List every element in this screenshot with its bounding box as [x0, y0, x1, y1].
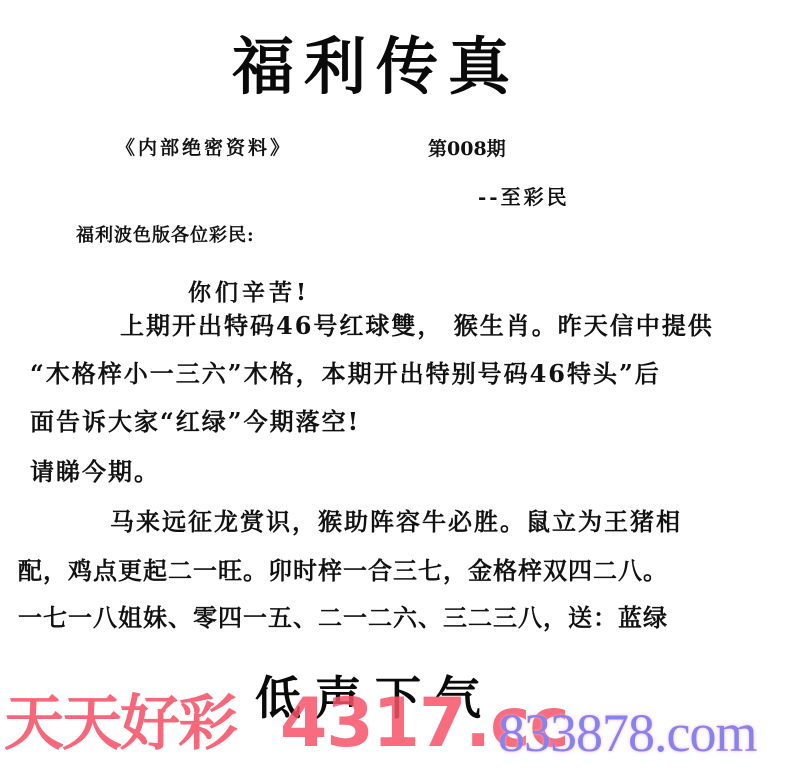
- body-line: “木格梓小一三六”木格，本期开出特别号码46特头”后: [30, 362, 661, 386]
- body-line: 马来远征龙赏识，猴助阵容牛必胜。鼠立为王猪相: [110, 510, 682, 534]
- body-line: 面告诉大家“红绿”今期落空!: [30, 410, 360, 434]
- issue-number: 第008期: [428, 134, 506, 161]
- watermark-secondary-domain: 833878.com: [498, 706, 756, 760]
- document-title: 福利传真: [232, 36, 520, 98]
- body-line: 请睇今期。: [30, 460, 160, 484]
- body-line: 一七一八姐妹、零四一五、二一二六、三二三八，送：蓝绿: [18, 606, 668, 630]
- signature: --至彩民: [478, 181, 570, 210]
- body-line: 配，鸡点更起二一旺。卯时梓一合三七，金格梓双四二八。: [18, 559, 668, 583]
- body-line: 上期开出特码46号红球雙， 猴生肖。昨天信中提供: [120, 314, 714, 338]
- greeting: 福利波色版各位彩民:: [76, 221, 255, 247]
- document-subtitle: 《内部绝密资料》: [116, 133, 292, 160]
- salutation: 你们辛苦!: [188, 274, 310, 307]
- watermark-brand: 天天好彩: [4, 694, 236, 754]
